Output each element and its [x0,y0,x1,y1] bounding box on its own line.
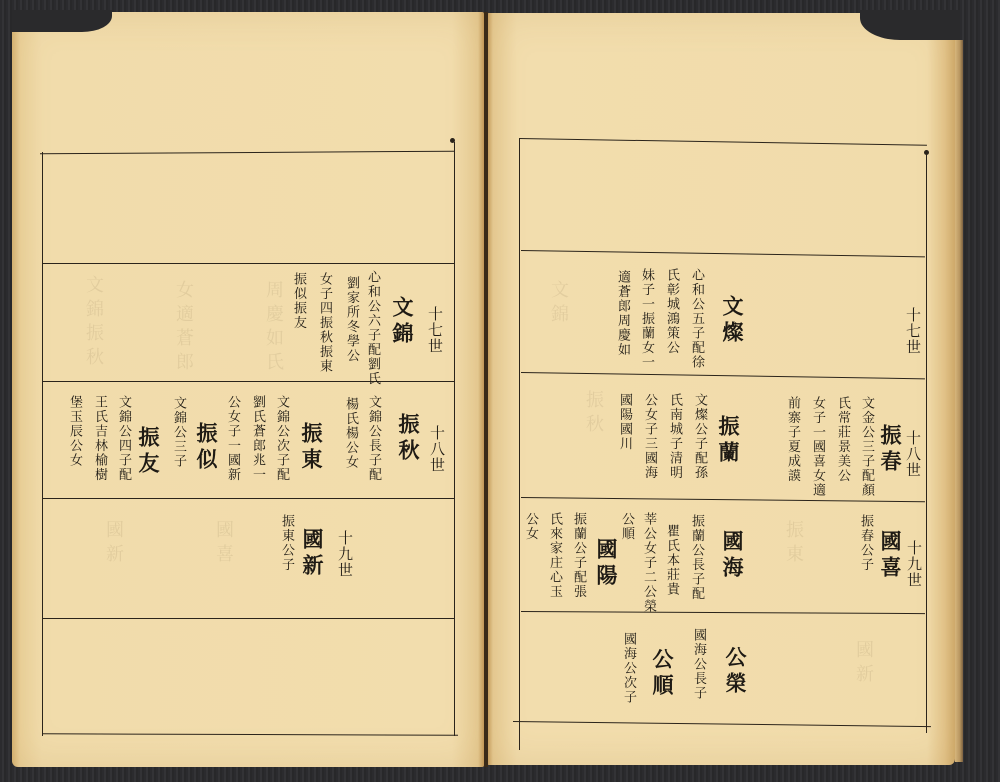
ruled-line [42,498,454,499]
person-name: 文錦 [392,296,413,348]
biography-note: 楊氏楊公女 [344,397,357,470]
generation-label: 十九世 [337,530,352,578]
person-name: 振友 [138,426,159,478]
biography-note: 國海公次子 [622,632,635,705]
generation-label: 十七世 [427,306,442,354]
person-name: 振似 [196,422,217,474]
bleed-through-text: 周慶如氏 [260,280,286,376]
biography-note: 心和公五子配徐 [690,268,703,370]
page-stack-edge [955,40,963,762]
biography-note: 氏彰城鴻策公 [665,268,678,355]
ruled-border [926,153,927,733]
bleed-through-text: 振東 [780,520,806,568]
torn-corner [12,10,112,32]
generation-label: 十九世 [906,540,921,588]
biography-note: 王氏吉林榆樹 [93,395,106,482]
biography-note: 氏南城子清明 [668,393,681,480]
generation-label: 十七世 [905,307,920,355]
biography-note: 振蘭公長子配 [690,514,703,601]
person-name: 文燦 [722,295,743,347]
biography-note: 劉家所冬學公 [345,276,358,363]
ruled-line [42,263,454,264]
biography-note: 劉氏蒼郎兆一 [251,395,264,482]
bleed-through-text: 國喜 [210,520,236,568]
biography-note: 文錦公次子配 [275,395,288,482]
biography-note: 公女子三國海 [643,393,656,480]
left-page [12,12,484,767]
biography-note: 文錦公長子配 [367,395,380,482]
person-name: 國喜 [880,530,901,582]
ruled-border [42,152,43,736]
ruled-line [42,618,454,619]
bleed-through-text: 文錦 [545,280,571,328]
biography-note: 振蘭公子配張 [572,512,585,599]
generation-label: 十八世 [429,425,444,473]
biography-note: 堡玉辰公女 [68,395,81,468]
torn-corner [860,10,960,40]
person-name: 振東 [301,422,322,474]
biography-note: 瞿氏本莊貴 [665,524,678,597]
bleed-through-text: 國新 [850,640,876,688]
person-name: 國海 [722,530,743,582]
person-name: 國新 [302,528,323,580]
person-name: 國陽 [596,538,617,590]
bleed-through-text: 女適蒼郎 [170,280,196,376]
ruled-line [42,381,454,382]
biography-note: 前寨子夏成謨 [786,396,799,483]
biography-note: 妹子一振蘭女一 [640,268,653,370]
biography-note: 公女子一國新 [226,395,239,482]
biography-note: 文錦公四子配 [117,395,130,482]
biography-note: 振東公子 [280,514,293,572]
bleed-through-text: 振秋 [580,390,606,438]
biography-note: 文錦公三子 [172,396,185,469]
biography-note: 女子四振秋振東 [318,272,331,374]
biography-note: 文燦公子配孫 [693,393,706,480]
biography-note: 氏來家庄心玉 [548,512,561,599]
biography-note: 振春公子 [859,514,872,572]
biography-note: 文金公三子配顏 [860,396,873,498]
biography-note: 女子一國喜女適 [811,396,824,498]
ruled-border [454,142,455,736]
ruled-border [519,138,520,750]
person-name: 振秋 [398,413,419,465]
biography-note: 國陽國川 [618,393,631,451]
biography-note: 公順 [620,512,633,541]
bleed-through-text: 文錦振秋 [80,275,106,371]
biography-note: 振似振友 [292,272,305,330]
person-name: 振蘭 [718,415,739,467]
biography-note: 適蒼郎周慶如 [616,270,629,357]
right-page [487,13,955,765]
book-spine [484,12,488,767]
biography-note: 公女 [524,512,537,541]
biography-note: 心和公六子配劉氏 [366,270,379,386]
person-name: 公榮 [725,646,746,698]
person-name: 公順 [652,648,673,700]
biography-note: 氏常莊景美公 [836,396,849,483]
bleed-through-text: 國新 [100,520,126,568]
biography-note: 莘公女子二公榮 [642,512,655,614]
person-name: 振春 [880,424,901,476]
biography-note: 國海公長子 [692,628,705,701]
generation-label: 十八世 [905,430,920,478]
